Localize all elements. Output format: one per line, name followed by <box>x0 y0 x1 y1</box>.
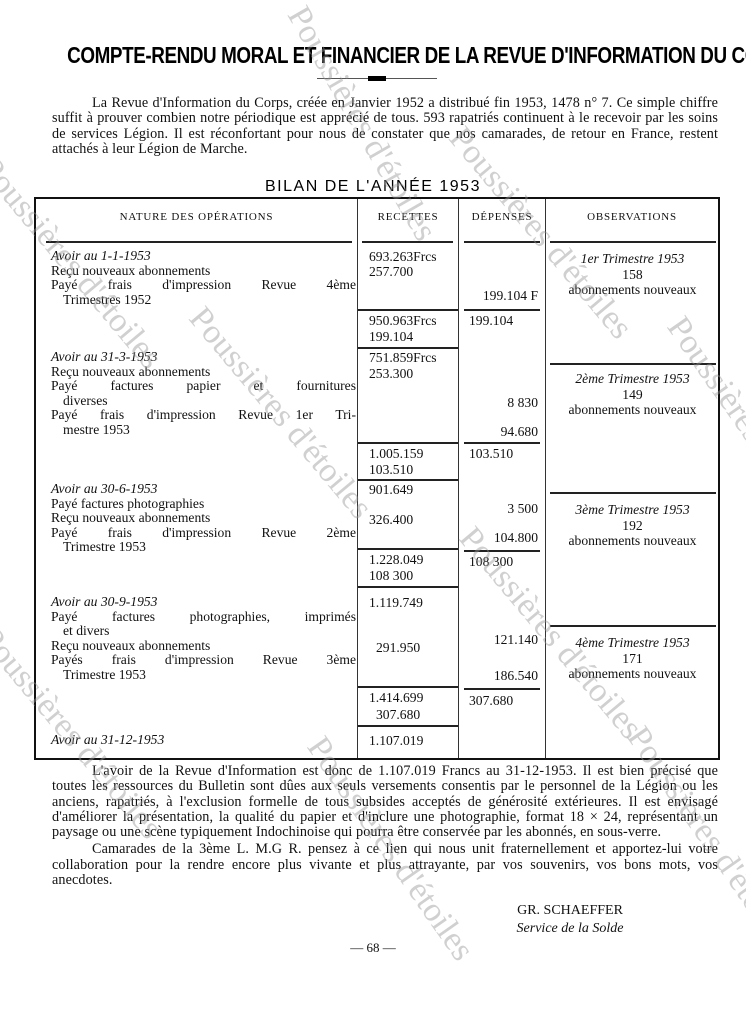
signature-name: GR. SCHAEFFER <box>470 902 670 920</box>
q4-avoir-label: Avoir au 30-9-1953 <box>51 595 356 610</box>
q2-avoir-label: Avoir au 31-3-1953 <box>51 350 356 365</box>
q2-obs-label: abonnements nouveaux <box>547 402 718 418</box>
header-rule <box>362 241 453 243</box>
subtotal-rule <box>464 688 540 690</box>
q2-obs-title: 2ème Trimestre 1953 <box>547 371 718 387</box>
q2-avoir-value: 751.859Frcs <box>369 350 437 365</box>
q3-line: Payé frais d'impression Revue 2ème <box>51 526 356 541</box>
header-rule <box>550 241 716 243</box>
q4-total-expenses: 307.680 <box>469 693 513 708</box>
q3-minus-expenses: 108 300 <box>369 568 413 583</box>
q1-obs-title: 1er Trimestre 1953 <box>547 251 718 267</box>
q4-obs-count: 171 <box>547 651 718 667</box>
q4-minus-expenses: 307.680 <box>376 707 420 722</box>
subtotal-rule <box>358 586 458 588</box>
q1-expense: 199.104 F <box>483 288 538 303</box>
subtotal-rule <box>358 442 458 444</box>
q4-line: Payé factures photographies, imprimés <box>51 610 356 625</box>
subtotal-rule <box>464 442 540 444</box>
q4-avoir-value: 1.119.749 <box>369 595 423 610</box>
q4-receipt: 291.950 <box>376 640 420 655</box>
signature-role: Service de la Solde <box>470 920 670 938</box>
final-avoir-value: 1.107.019 <box>369 733 423 748</box>
header-rule <box>464 241 540 243</box>
q3-line: Payé factures photographies <box>51 497 356 512</box>
q4-line: Reçu nouveaux abonnements <box>51 639 356 654</box>
q1-description: Avoir au 1-1-1953 Reçu nouveaux abonneme… <box>51 249 356 307</box>
q1-avoir-value: 693.263Frcs <box>369 249 437 264</box>
observation-rule <box>550 625 716 627</box>
q3-receipt: 326.400 <box>369 512 413 527</box>
q2-line: diverses <box>51 394 356 409</box>
q2-obs-count: 149 <box>547 387 718 403</box>
q3-avoir-label: Avoir au 30-6-1953 <box>51 482 356 497</box>
q2-expense-1: 8 830 <box>507 395 538 410</box>
body-paragraph: Camarades de la 3ème L. M.G R. pensez à … <box>52 842 718 888</box>
q1-observation: 1er Trimestre 1953 158 abonnements nouve… <box>547 251 718 298</box>
q4-expense-2: 186.540 <box>494 668 538 683</box>
q4-expense-1: 121.140 <box>494 632 538 647</box>
column-divider <box>545 199 546 758</box>
signature: GR. SCHAEFFER Service de la Solde <box>470 902 670 938</box>
final-description: Avoir au 31-12-1953 <box>51 733 356 748</box>
q2-minus-expenses: 103.510 <box>369 462 413 477</box>
q1-obs-label: abonnements nouveaux <box>547 282 718 298</box>
q2-total-receipts: 1.005.159 <box>369 446 423 461</box>
header-rule <box>46 241 352 243</box>
q3-observation: 3ème Trimestre 1953 192 abonnements nouv… <box>547 502 718 549</box>
q4-line: Trimestre 1953 <box>51 668 356 683</box>
q4-line: et divers <box>51 624 356 639</box>
final-avoir-label: Avoir au 31-12-1953 <box>51 733 356 748</box>
header-observations: OBSERVATIONS <box>546 211 718 223</box>
q3-obs-count: 192 <box>547 518 718 534</box>
q2-expense-2: 94.680 <box>501 424 538 439</box>
header-depenses: DÉPENSES <box>459 211 545 223</box>
q1-avoir-label: Avoir au 1-1-1953 <box>51 249 356 264</box>
intro-text: La Revue d'Information du Corps, créée e… <box>52 96 718 157</box>
q2-receipt: 253.300 <box>369 366 413 381</box>
column-divider <box>458 199 459 758</box>
page-number: — 68 — <box>0 940 746 956</box>
subtotal-rule <box>358 347 458 349</box>
observation-rule <box>550 363 716 365</box>
subtotal-rule <box>358 309 458 311</box>
table-title: BILAN DE L'ANNÉE 1953 <box>0 178 746 196</box>
q2-total-expenses: 103.510 <box>469 446 513 461</box>
subtotal-rule <box>358 548 458 550</box>
header-nature: NATURE DES OPÉRATIONS <box>36 211 357 223</box>
q1-receipt: 257.700 <box>369 264 413 279</box>
subtotal-rule <box>358 479 458 481</box>
q3-avoir-value: 901.649 <box>369 482 413 497</box>
q4-line: Payés frais d'impression Revue 3ème <box>51 653 356 668</box>
q4-observation: 4ème Trimestre 1953 171 abonnements nouv… <box>547 635 718 682</box>
q1-total-expenses: 199.104 <box>469 313 513 328</box>
q1-line: Payé frais d'impression Revue 4ème <box>51 278 356 293</box>
q3-expense-1: 3 500 <box>507 501 538 516</box>
body-paragraph: L'avoir de la Revue d'Information est do… <box>52 764 718 840</box>
q2-observation: 2ème Trimestre 1953 149 abonnements nouv… <box>547 371 718 418</box>
q1-line: Trimestres 1952 <box>51 293 356 308</box>
q4-total-receipts: 1.414.699 <box>369 690 423 705</box>
q2-line: mestre 1953 <box>51 423 356 438</box>
title-divider-bar <box>368 76 386 81</box>
body-text: L'avoir de la Revue d'Information est do… <box>52 764 718 888</box>
q2-line: Payé frais d'impression Revue 1er Tri- <box>51 408 356 423</box>
observation-rule <box>550 492 716 494</box>
q3-line: Reçu nouveaux abonnements <box>51 511 356 526</box>
q3-obs-title: 3ème Trimestre 1953 <box>547 502 718 518</box>
header-recettes: RECETTES <box>358 211 458 223</box>
q4-description: Avoir au 30-9-1953 Payé factures photogr… <box>51 595 356 682</box>
q2-line: Payé factures papier et fournitures <box>51 379 356 394</box>
balance-table: NATURE DES OPÉRATIONS RECETTES DÉPENSES … <box>34 197 720 760</box>
q3-total-expenses: 108 300 <box>469 554 513 569</box>
q4-obs-label: abonnements nouveaux <box>547 666 718 682</box>
page-title: COMPTE-RENDU MORAL ET FINANCIER DE LA RE… <box>67 42 679 69</box>
q2-line: Reçu nouveaux abonnements <box>51 365 356 380</box>
q1-minus-expenses: 199.104 <box>369 329 413 344</box>
q3-line: Trimestre 1953 <box>51 540 356 555</box>
subtotal-rule <box>464 309 540 311</box>
q1-line: Reçu nouveaux abonnements <box>51 264 356 279</box>
q3-obs-label: abonnements nouveaux <box>547 533 718 549</box>
subtotal-rule <box>464 550 540 552</box>
q4-obs-title: 4ème Trimestre 1953 <box>547 635 718 651</box>
q3-description: Avoir au 30-6-1953 Payé factures photogr… <box>51 482 356 555</box>
q3-expense-2: 104.800 <box>494 530 538 545</box>
intro-paragraph: La Revue d'Information du Corps, créée e… <box>52 96 718 157</box>
q2-description: Avoir au 31-3-1953 Reçu nouveaux abonnem… <box>51 350 356 437</box>
q1-obs-count: 158 <box>547 267 718 283</box>
q1-total-receipts: 950.963Frcs <box>369 313 437 328</box>
subtotal-rule <box>358 686 458 688</box>
q3-total-receipts: 1.228.049 <box>369 552 423 567</box>
subtotal-rule <box>358 725 458 727</box>
